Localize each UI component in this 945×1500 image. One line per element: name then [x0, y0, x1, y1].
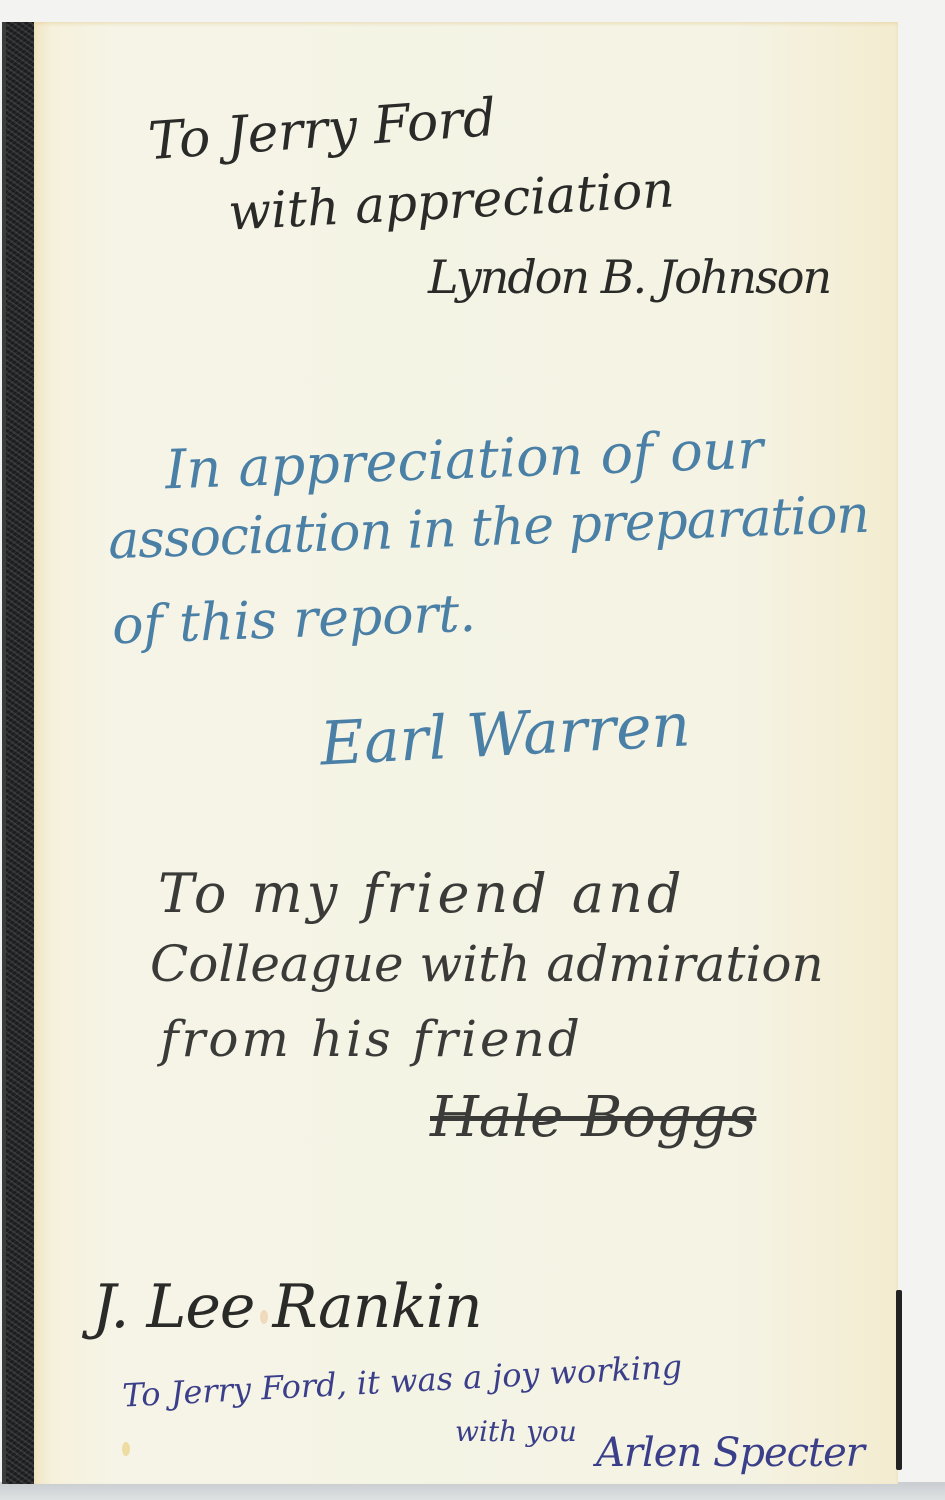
boggs-line-2: Colleague with admiration [150, 935, 824, 993]
specter-line-2: with you [455, 1415, 577, 1448]
book-spine [2, 22, 38, 1484]
bottom-shadow [0, 1482, 945, 1500]
boggs-line-3: from his friend [160, 1010, 583, 1068]
boggs-signature: Hale Boggs [430, 1085, 756, 1150]
warren-line-3: of this report. [111, 584, 477, 657]
johnson-signature: Lyndon B. Johnson [428, 250, 830, 304]
rankin-signature: J. Lee Rankin [92, 1272, 482, 1342]
back-cover-edge [896, 1290, 902, 1470]
boggs-line-1: To my friend and [158, 862, 685, 925]
specter-signature: Arlen Specter [596, 1430, 864, 1476]
page-stain [122, 1442, 130, 1456]
